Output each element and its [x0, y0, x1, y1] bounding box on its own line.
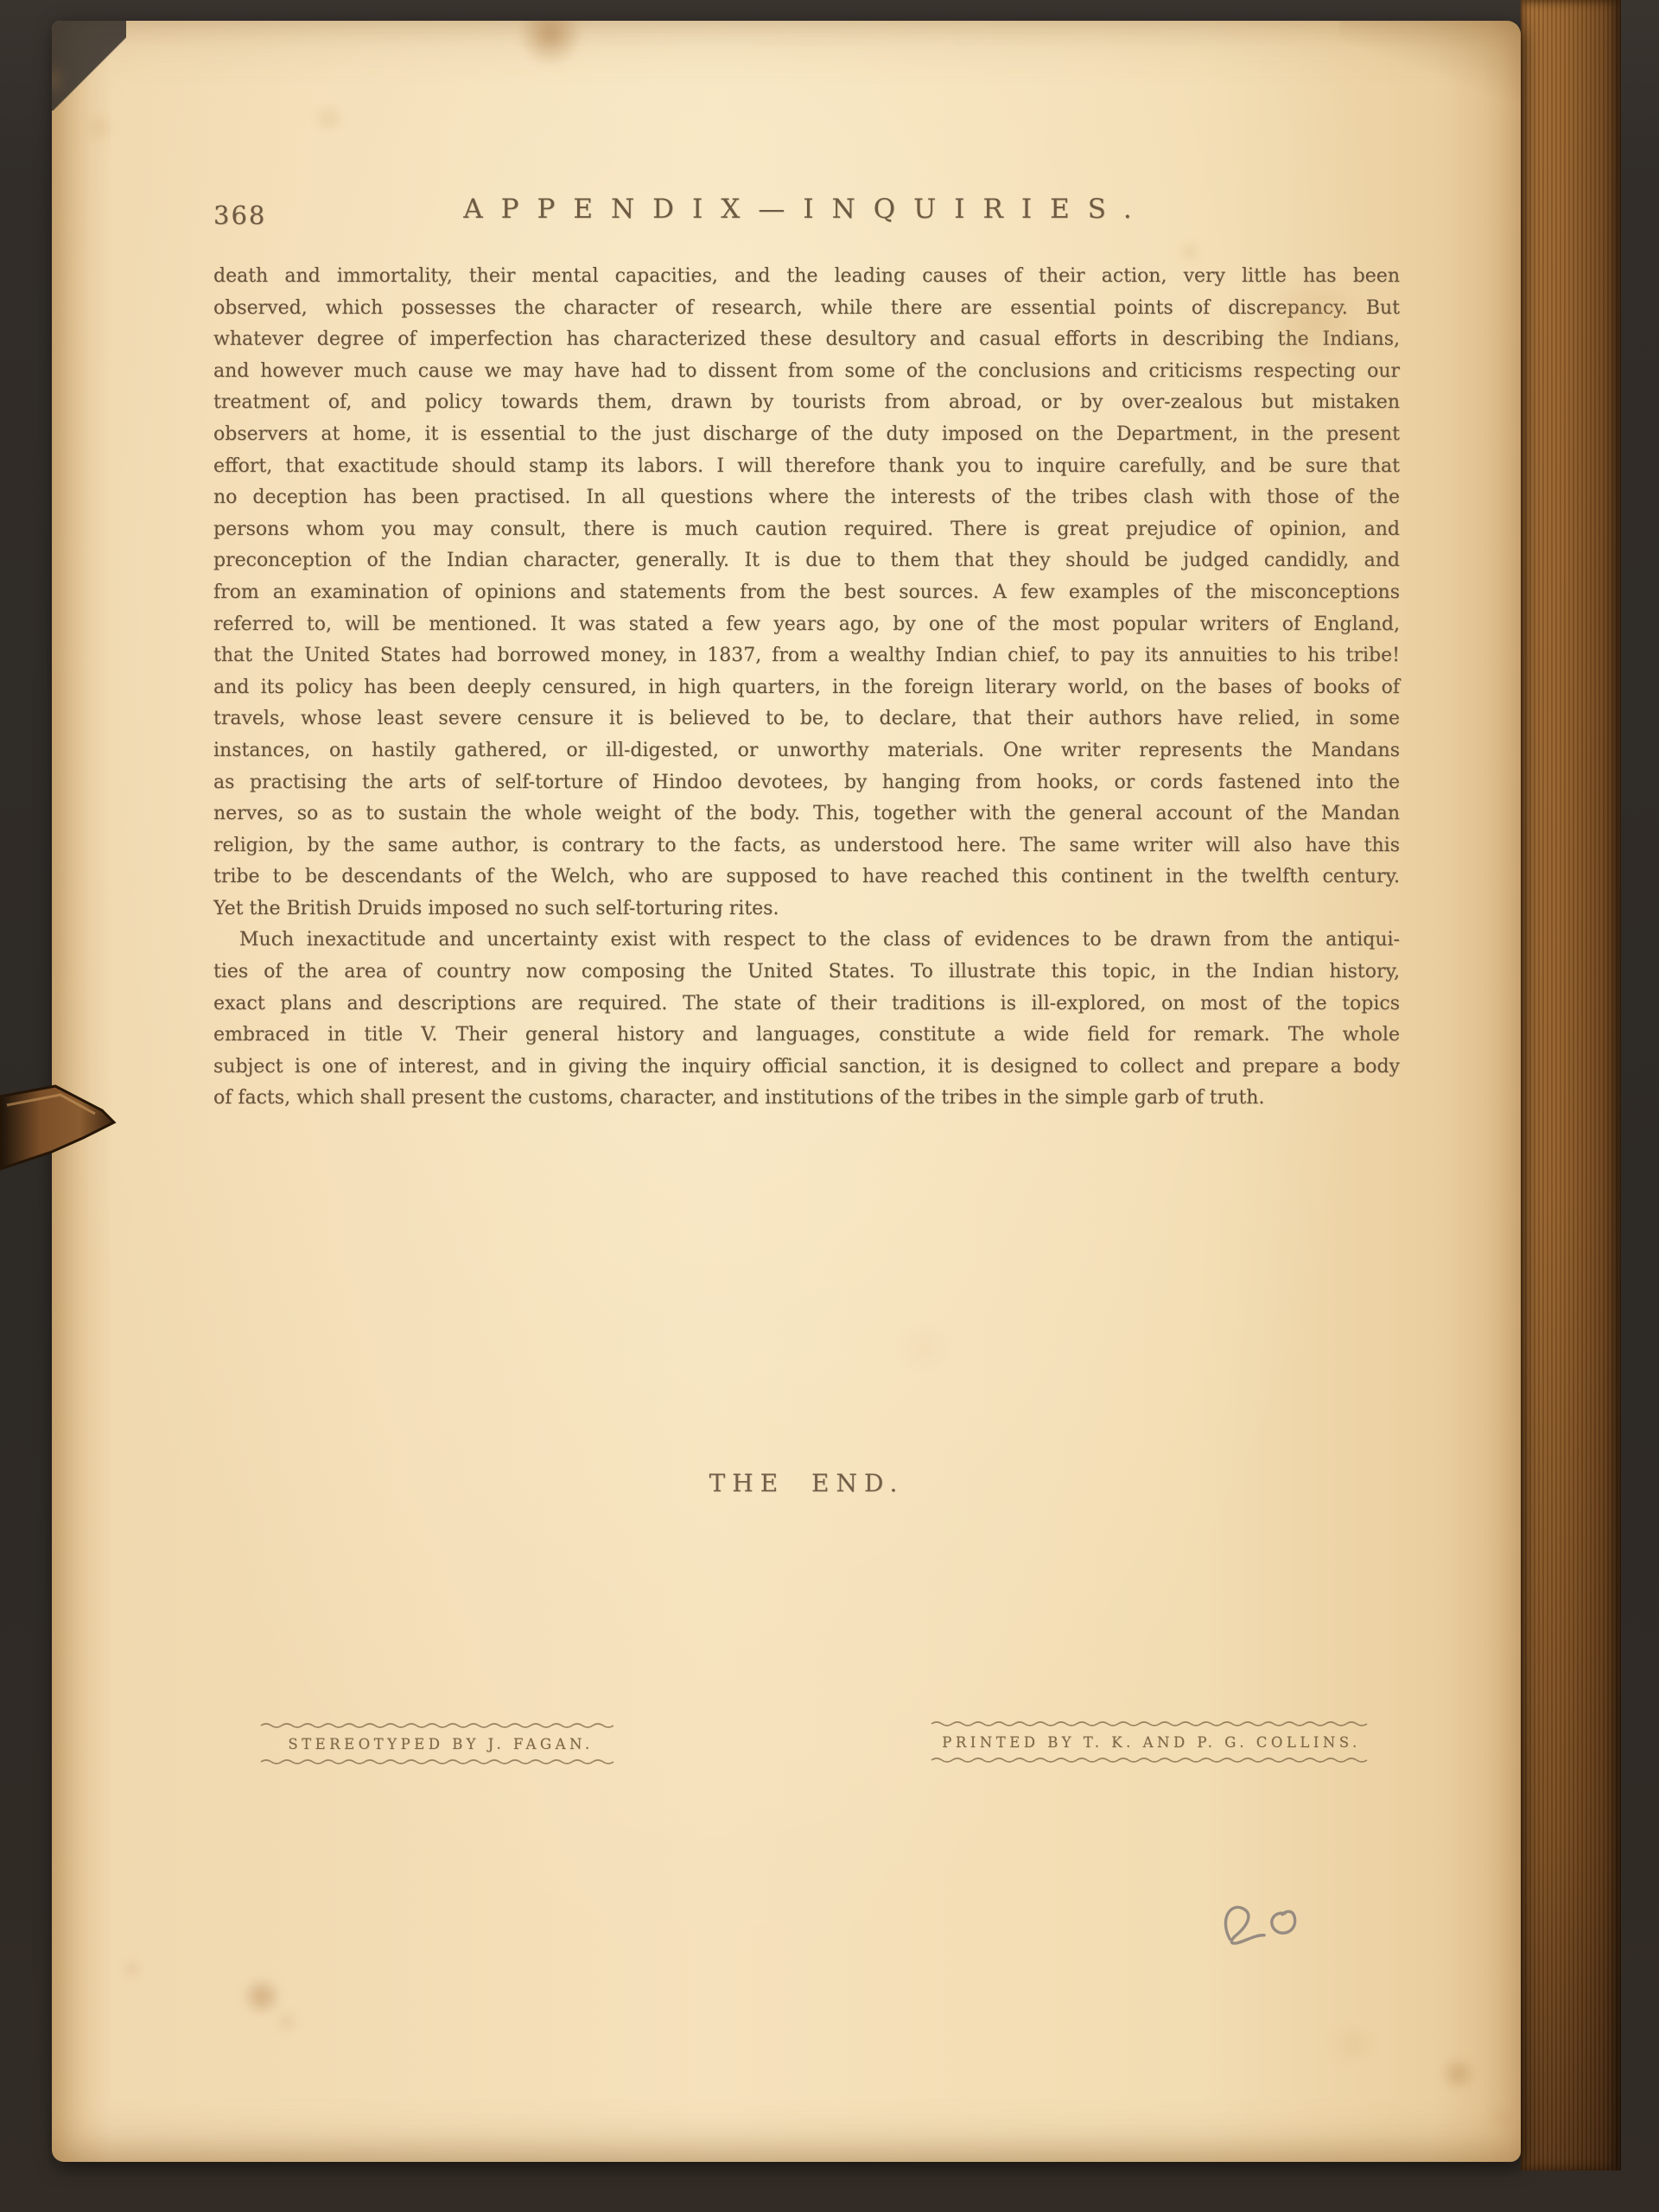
colophon-printer: PRINTED BY T. K. AND P. G. COLLINS.	[929, 1719, 1374, 1764]
photograph-background: { "page": { "number": "368", "header": "…	[0, 0, 1659, 2212]
wavy-rule	[260, 1758, 621, 1766]
text-line: embraced in title V. Their general histo…	[213, 1020, 1400, 1052]
body-text: death and immortality, their mental capa…	[213, 261, 1400, 1115]
text-line: observed, which possesses the character …	[213, 293, 1400, 325]
text-line: exact plans and descriptions are require…	[213, 988, 1400, 1020]
stereotyper-credit: STEREOTYPED BY J. FAGAN.	[288, 1736, 593, 1752]
text-line: whatever degree of imperfection has char…	[213, 324, 1400, 356]
text-line: that the United States had borrowed mone…	[213, 640, 1400, 672]
stain	[517, 21, 584, 66]
stain	[1439, 2056, 1478, 2091]
text-line: as practising the arts of self-torture o…	[213, 767, 1400, 799]
stain	[121, 1960, 143, 1979]
text-line: referred to, will be mentioned. It was s…	[213, 609, 1400, 641]
stain	[240, 1977, 283, 2016]
running-head: 368 APPENDIX—INQUIRIES.	[213, 194, 1400, 233]
text-line: no deception has been practised. In all …	[213, 482, 1400, 514]
text-line: death and immortality, their mental capa…	[213, 261, 1400, 293]
printer-credit: PRINTED BY T. K. AND P. G. COLLINS.	[942, 1734, 1361, 1751]
stain	[272, 2009, 302, 2035]
text-line: Yet the British Druids imposed no such s…	[213, 893, 1400, 925]
text-line: and however much cause we may have had t…	[213, 356, 1400, 388]
the-end-label: THE END.	[213, 1469, 1400, 1497]
text-line: persons whom you may consult, there is m…	[213, 514, 1400, 546]
text-line: observers at home, it is essential to th…	[213, 419, 1400, 451]
stain	[1322, 2022, 1382, 2065]
stain	[1488, 2106, 1516, 2130]
leather-bookmark	[0, 1084, 130, 1179]
text-line: subject is one of interest, and in givin…	[213, 1052, 1400, 1084]
wavy-rule	[260, 1721, 621, 1730]
text-line: travels, whose least severe censure it i…	[213, 703, 1400, 735]
page-corner-gap	[52, 21, 126, 111]
text-line: of facts, which shall present the custom…	[213, 1083, 1400, 1115]
text-line: treatment of, and policy towards them, d…	[213, 387, 1400, 419]
colophon-stereotyper: STEREOTYPED BY J. FAGAN.	[259, 1721, 622, 1766]
book-page: 368 APPENDIX—INQUIRIES. death and immort…	[52, 21, 1521, 2162]
book-fore-edge	[1521, 0, 1621, 2171]
page-title: APPENDIX—INQUIRIES.	[213, 194, 1400, 225]
page-corner-curl	[1339, 21, 1521, 100]
wavy-rule	[931, 1756, 1373, 1764]
text-line: and its policy has been deeply censured,…	[213, 672, 1400, 704]
text-line: effort, that exactitude should stamp its…	[213, 451, 1400, 483]
text-line: tribe to be descendants of the Welch, wh…	[213, 861, 1400, 893]
text-line: nerves, so as to sustain the whole weigh…	[213, 798, 1400, 830]
stain	[1175, 242, 1205, 261]
stain	[82, 112, 117, 143]
wavy-rule	[931, 1719, 1373, 1728]
text-line: instances, on hastily gathered, or ill-d…	[213, 735, 1400, 767]
text-line: Much inexactitude and uncertainty exist …	[213, 925, 1400, 957]
handwritten-mark	[1206, 1880, 1333, 1968]
text-line: religion, by the same author, is contrar…	[213, 830, 1400, 862]
stain	[890, 1326, 959, 1370]
text-line: preconception of the Indian character, g…	[213, 545, 1400, 577]
text-line: from an examination of opinions and stat…	[213, 577, 1400, 609]
stain	[309, 106, 349, 130]
text-line: ties of the area of country now composin…	[213, 957, 1400, 988]
